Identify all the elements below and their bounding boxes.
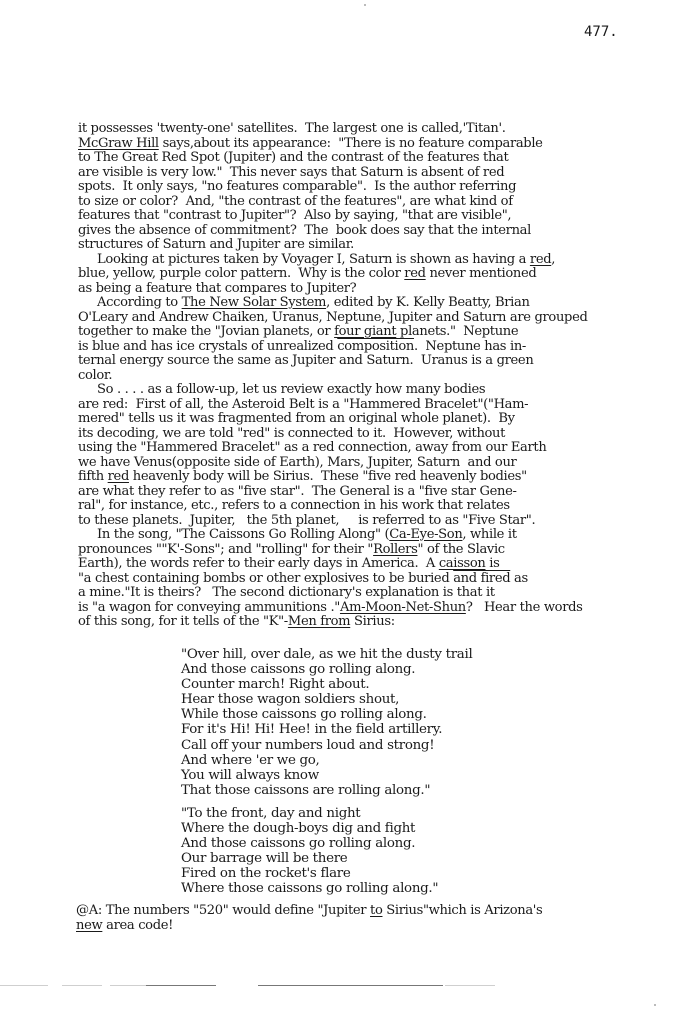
scan-rule-faint-3 [110, 985, 150, 986]
underlined-text: Am-Moon-Net-Shun [340, 600, 466, 615]
body-line: are what they refer to as "five star". T… [78, 485, 692, 500]
underlined-text: red [108, 469, 129, 484]
underlined-text: to [370, 903, 382, 918]
body-text: it possesses 'twenty-one' satellites. Th… [78, 122, 692, 630]
text-run: spots. It only says, "no features compar… [78, 179, 516, 194]
footnote: @A: The numbers "520" would define "Jupi… [76, 904, 542, 933]
body-line: O'Leary and Andrew Chaiken, Uranus, Nept… [78, 311, 692, 326]
body-line: we have Venus(opposite side of Earth), M… [78, 456, 692, 471]
text-run: , edited by K. Kelly Beatty, Brian [326, 295, 529, 310]
footnote-line: new area code! [76, 919, 542, 934]
text-run: color. [78, 368, 112, 383]
body-line: using the "Hammered Bracelet" as a red c… [78, 441, 692, 456]
text-run: gives the absence of commitment? The boo… [78, 223, 531, 238]
body-line: "a chest containing bombs or other explo… [78, 572, 692, 587]
song-verse-2: "To the front, day and nightWhere the do… [181, 806, 438, 897]
body-line: mered" tells us it was fragmented from a… [78, 412, 692, 427]
song-line: "Over hill, over dale, as we hit the dus… [181, 647, 472, 662]
body-line: of this song, for it tells of the "K"-Me… [78, 615, 692, 630]
text-run: to The Great Red Spot (Jupiter) and the … [78, 150, 508, 165]
song-line: While those caissons go rolling along. [181, 707, 472, 722]
text-run: So . . . . as a follow-up, let us review… [78, 382, 485, 397]
body-line: ral", for instance, etc., refers to a co… [78, 499, 692, 514]
overlined-text: composition [337, 339, 414, 354]
body-line: blue, yellow, purple color pattern. Why … [78, 267, 692, 282]
body-line: features that "contrast to Jupiter"? Als… [78, 209, 692, 224]
text-run: is [485, 556, 499, 571]
song-line: Fired on the rocket's flare [181, 866, 438, 881]
body-line: to size or color? And, "the contrast of … [78, 195, 692, 210]
body-line: to these planets. Jupiter, the 5th plane… [78, 514, 692, 529]
scan-rule-3 [318, 985, 443, 986]
text-run: mered" tells us it was fragmented from a… [78, 411, 515, 426]
song-line: "To the front, day and night [181, 806, 438, 821]
body-line: is "a wagon for conveying ammunitions ."… [78, 601, 692, 616]
song-line: And where 'er we go, [181, 753, 472, 768]
text-run: In the song, "The Caissons Go Rolling Al… [78, 527, 389, 542]
scan-speck-bottom [654, 1004, 656, 1006]
text-run: fifth [78, 469, 108, 484]
text-run: is blue and has ice crystals of unrealiz… [78, 339, 337, 354]
text-run: using the "Hammered Bracelet" as a red c… [78, 440, 546, 455]
underlined-text: Rollers [373, 542, 417, 557]
scan-rule-1 [146, 985, 216, 986]
song-line: And those caissons go rolling along. [181, 836, 438, 851]
text-run: says,about its appearance: "There is no … [159, 136, 543, 151]
body-line: gives the absence of commitment? The boo… [78, 224, 692, 239]
body-line: spots. It only says, "no features compar… [78, 180, 692, 195]
body-line: it possesses 'twenty-one' satellites. Th… [78, 122, 692, 137]
text-run: as being a feature that compares to Jupi… [78, 281, 356, 296]
body-line: McGraw Hill says,about its appearance: "… [78, 137, 692, 152]
song-line: Where the dough-boys dig and fight [181, 821, 438, 836]
scan-rule-2 [258, 985, 318, 986]
body-line: fifth red heavenly body will be Sirius. … [78, 470, 692, 485]
underlined-text: caisson [439, 556, 486, 571]
body-line: is blue and has ice crystals of unrealiz… [78, 340, 692, 355]
text-run: of this song, for it tells of the "K"- [78, 614, 288, 629]
text-run: are what they refer to as "five star". T… [78, 484, 517, 499]
text-run: , [551, 252, 555, 267]
body-line: In the song, "The Caissons Go Rolling Al… [78, 528, 692, 543]
song-verse-1: "Over hill, over dale, as we hit the dus… [181, 647, 472, 798]
body-line: So . . . . as a follow-up, let us review… [78, 383, 692, 398]
underlined-text: Men from [288, 614, 350, 629]
body-line: structures of Saturn and Jupiter are sim… [78, 238, 692, 253]
text-run: we have Venus(opposite side of Earth), M… [78, 455, 516, 470]
body-line: its decoding, we are told "red" is conne… [78, 427, 692, 442]
body-line: According to The New Solar System, edite… [78, 296, 692, 311]
scan-rule-faint-4 [445, 985, 495, 986]
song-line: Counter march! Right about. [181, 677, 472, 692]
body-line: a mine."It is theirs? The second diction… [78, 586, 692, 601]
song-line: Where those caissons go rolling along." [181, 881, 438, 896]
body-line: ternal energy source the same as Jupiter… [78, 354, 692, 369]
text-run: are visible is very low." This never say… [78, 165, 504, 180]
body-line: pronounces ""K'-Sons"; and "rolling" for… [78, 543, 692, 558]
song-line: Call off your numbers loud and strong! [181, 738, 472, 753]
body-line: Earth), the words refer to their early d… [78, 557, 692, 572]
text-run: its decoding, we are told "red" is conne… [78, 426, 505, 441]
body-line: color. [78, 369, 692, 384]
song-line: Hear those wagon soldiers shout, [181, 692, 472, 707]
body-line: to The Great Red Spot (Jupiter) and the … [78, 151, 692, 166]
underlined-text: red [530, 252, 551, 267]
text-run: are red: First of all, the Asteroid Belt… [78, 397, 528, 412]
song-line: You will always know [181, 768, 472, 783]
text-run: O'Leary and Andrew Chaiken, Uranus, Nept… [78, 310, 588, 325]
text-run: ? Hear the words [466, 600, 583, 615]
underlined-text: The New Solar System [182, 295, 326, 310]
text-run: planets." Neptune [396, 324, 518, 339]
underlined-text: four giant [334, 324, 396, 339]
scan-speck-top [364, 4, 366, 6]
text-run: to these planets. Jupiter, the 5th plane… [78, 513, 535, 528]
text-run: blue, yellow, purple color pattern. Why … [78, 266, 404, 281]
body-line: as being a feature that compares to Jupi… [78, 282, 692, 297]
text-run: ternal energy source the same as Jupiter… [78, 353, 533, 368]
song-line: Our barrage will be there [181, 851, 438, 866]
text-run: to size or color? And, "the contrast of … [78, 194, 513, 209]
text-run: as [510, 571, 528, 586]
underlined-text: new [76, 918, 102, 933]
underlined-text: Ca-Eye-Son [389, 527, 462, 542]
body-line: are visible is very low." This never say… [78, 166, 692, 181]
overlined-text: and fired [453, 571, 510, 586]
underlined-text: McGraw Hill [78, 136, 159, 151]
page-number: 477. [584, 24, 618, 40]
text-run: Looking at pictures taken by Voyager I, … [78, 252, 530, 267]
text-run: Sirius"which is Arizona's [382, 903, 542, 918]
underlined-text: red [404, 266, 425, 281]
scan-rule-faint-2 [62, 985, 102, 986]
scan-rule-faint-1 [0, 985, 48, 986]
text-run: Sirius: [350, 614, 395, 629]
text-run: ral", for instance, etc., refers to a co… [78, 498, 510, 513]
text-run: a mine."It is theirs? The second diction… [78, 585, 495, 600]
text-run: "a chest containing bombs or other explo… [78, 571, 453, 586]
text-run: is "a wagon for conveying ammunitions ." [78, 600, 340, 615]
body-line: together to make the "Jovian planets, or… [78, 325, 692, 340]
text-run: structures of Saturn and Jupiter are sim… [78, 237, 354, 252]
text-run: , while it [462, 527, 516, 542]
text-run: it possesses 'twenty-one' satellites. Th… [78, 121, 506, 136]
text-run: " of the Slavic [417, 542, 504, 557]
text-run: together to make the "Jovian planets, or [78, 324, 334, 339]
body-line: Looking at pictures taken by Voyager I, … [78, 253, 692, 268]
text-run: never mentioned [426, 266, 537, 281]
text-run: According to [78, 295, 182, 310]
body-line: are red: First of all, the Asteroid Belt… [78, 398, 692, 413]
text-run: pronounces ""K'-Sons"; and "rolling" for… [78, 542, 373, 557]
footnote-line: @A: The numbers "520" would define "Jupi… [76, 904, 542, 919]
song-line: That those caissons are rolling along." [181, 783, 472, 798]
text-run: @A: The numbers "520" would define "Jupi… [76, 903, 370, 918]
text-run: . Neptune has in- [414, 339, 526, 354]
text-run: features that "contrast to Jupiter"? Als… [78, 208, 511, 223]
text-run: heavenly body will be Sirius. These "fiv… [129, 469, 527, 484]
text-run: Earth), the words refer to their early d… [78, 556, 439, 571]
text-run: area code! [102, 918, 173, 933]
song-line: And those caissons go rolling along. [181, 662, 472, 677]
song-line: For it's Hi! Hi! Hee! in the field artil… [181, 722, 472, 737]
